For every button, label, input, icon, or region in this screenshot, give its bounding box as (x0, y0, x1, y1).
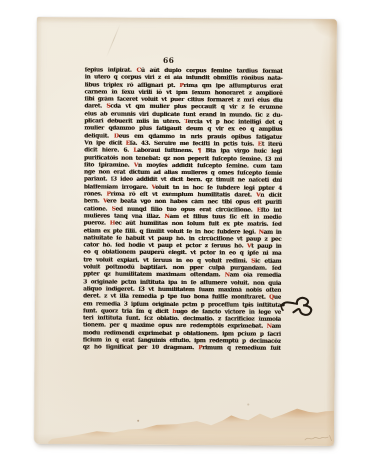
rubricated-initial: S (106, 104, 110, 110)
folio-number: 66 (70, 55, 268, 65)
rubricated-initial: ¶ (197, 148, 200, 154)
rubricated-initial: N (164, 214, 169, 220)
rubricated-initial: H (110, 221, 115, 227)
rubricated-initial: P (179, 83, 183, 89)
rubricated-initial: V (103, 199, 107, 205)
text-line: qz hō ſignificat per 10 dragmam. Primum … (83, 345, 281, 354)
rubricated-initial: S (251, 258, 255, 264)
rubricated-initial: E (126, 141, 130, 147)
text-block: ſepius inſpirat. Cū aūt duplo corpus fem… (83, 67, 283, 353)
damp-stain (48, 404, 334, 446)
foxing-speck (137, 420, 139, 422)
rubricated-initial: E (258, 142, 262, 148)
rubricated-initial: N (258, 229, 263, 235)
rubricated-initial: S (112, 206, 116, 212)
rubricated-initial: N (225, 273, 230, 279)
rubricated-initial: V (134, 163, 138, 169)
photo-background: 66 ſepius inſpirat. Cū aūt duplo corpus … (0, 0, 370, 463)
rubricated-initial: N (267, 324, 272, 330)
rubricated-initial: D (114, 133, 119, 139)
rubricated-initial: P (106, 192, 110, 198)
rubricated-initial: V (151, 185, 155, 191)
rubricated-initial: h (172, 309, 176, 315)
rubricated-initial: L (133, 148, 137, 154)
rubricated-initial: V (256, 193, 260, 199)
rubricated-initial: C (136, 68, 140, 74)
ink-nota-flourish-icon (280, 296, 314, 317)
rubricated-initial: Q (269, 295, 274, 301)
rubricated-initial: T (184, 119, 187, 125)
incunable-leaf: 66 ſepius inſpirat. Cū aūt duplo corpus … (34, 17, 337, 446)
crease-line (106, 24, 121, 58)
rubricated-initial: E (257, 207, 261, 213)
foxing-speck (247, 403, 249, 405)
rubricated-initial: P (198, 345, 202, 351)
rubricated-initial: V (247, 244, 251, 250)
